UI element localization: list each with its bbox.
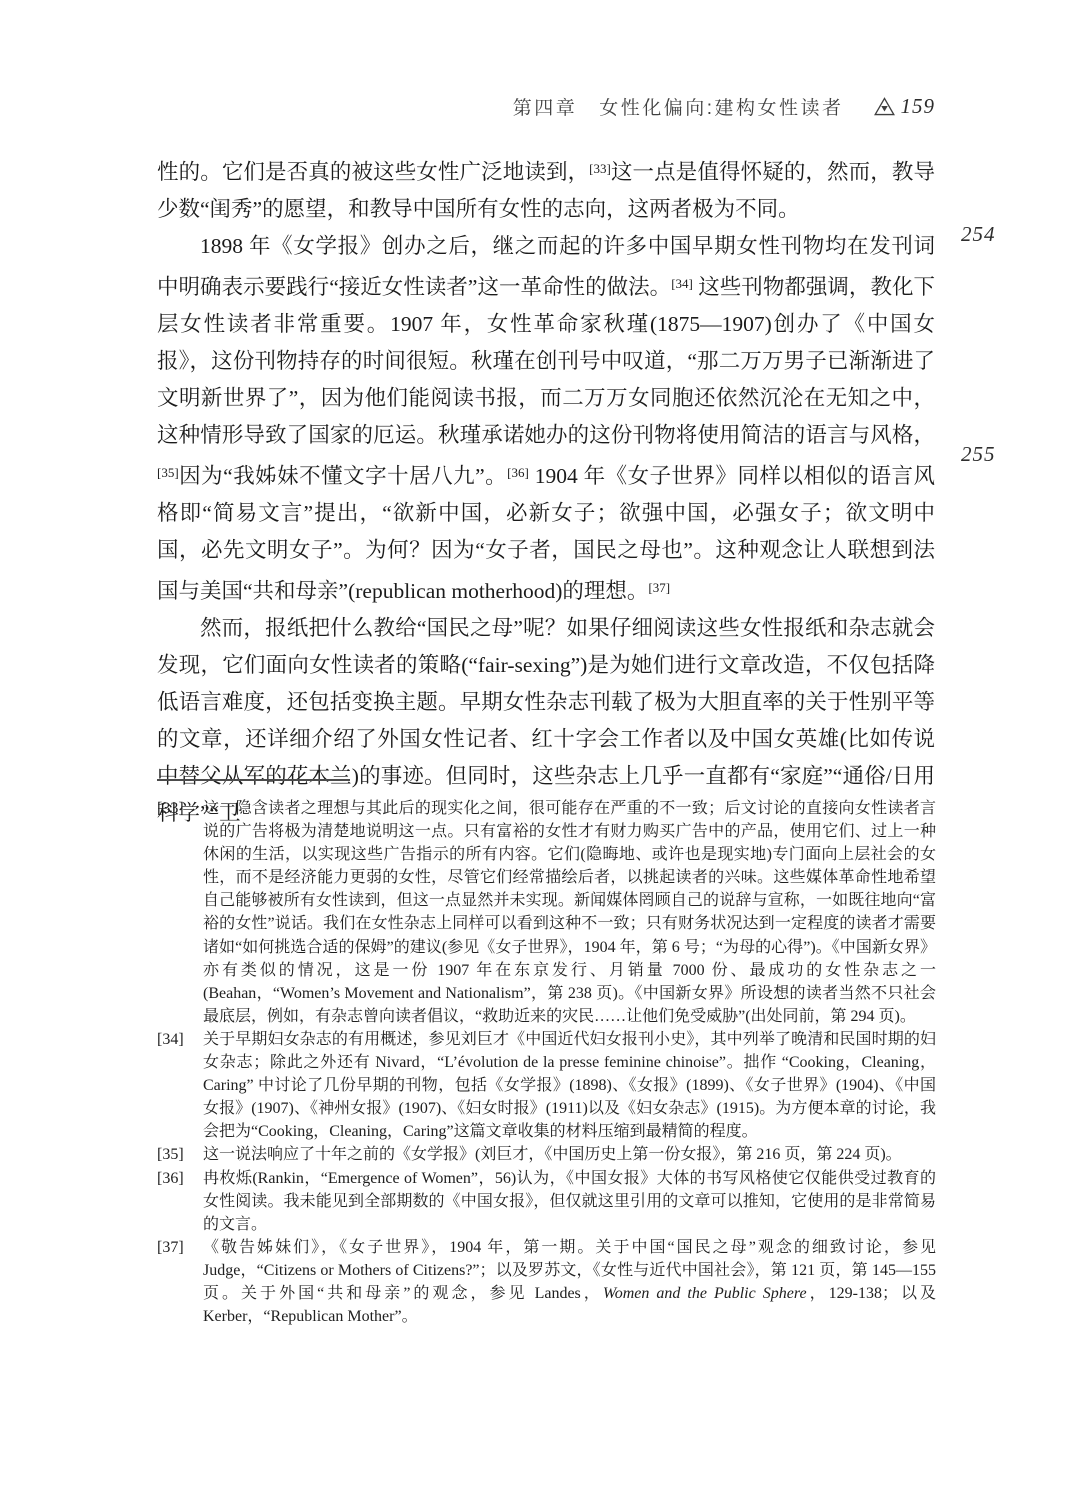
running-header-title: 女性化偏向:建构女性读者 xyxy=(599,93,843,120)
text-segment: 关于早期妇女杂志的有用概述，参见刘巨才《中国近代妇女报刊小史》，其中列举了晚清和… xyxy=(203,1031,936,1140)
footnote-text: 这一隐含读者之理想与其此后的现实化之间，很可能存在严重的不一致；后文讨论的直接向… xyxy=(203,800,936,1025)
text-segment: 这一说法响应了十年之前的《女学报》(刘巨才，《中国历史上第一份女报》，第 216… xyxy=(203,1146,902,1163)
footnote-label: [33] xyxy=(157,797,184,820)
footnote-ref: [33] xyxy=(589,161,611,176)
footnote-label: [36] xyxy=(157,1167,184,1190)
text-segment: 然而，报纸把什么教给“国民之母”呢？如果仔细阅读这些女性报纸和杂志就会发现，它们… xyxy=(157,616,935,825)
footnote-label: [37] xyxy=(157,1236,184,1259)
footnote-item: [34]关于早期妇女杂志的有用概述，参见刘巨才《中国近代妇女报刊小史》，其中列举… xyxy=(157,1028,936,1143)
footnote-separator-rule xyxy=(157,779,350,781)
footnote-item: [36]冉枚烁(Rankin，“Emergence of Women”，56)认… xyxy=(157,1167,936,1236)
footnote-item: [33]这一隐含读者之理想与其此后的现实化之间，很可能存在严重的不一致；后文讨论… xyxy=(157,797,936,1028)
footnote-item: [37]《敬告姊妹们》，《女子世界》，1904 年，第一期。关于中国“国民之母”… xyxy=(157,1236,936,1328)
text-segment: 因为“我姊妹不懂文字十居八九”。 xyxy=(179,464,508,488)
body-text: 性的。它们是否真的被这些女性广泛地读到，[33]这一点是值得怀疑的，然而，教导少… xyxy=(157,150,935,832)
footnote-text: 《敬告姊妹们》，《女子世界》，1904 年，第一期。关于中国“国民之母”观念的细… xyxy=(203,1239,936,1325)
text-segment: 性的。它们是否真的被这些女性广泛地读到， xyxy=(157,160,589,184)
running-header: 第四章 女性化偏向:建构女性读者 159 xyxy=(157,93,935,120)
footnote-text: 关于早期妇女杂志的有用概述，参见刘巨才《中国近代妇女报刊小史》，其中列举了晚清和… xyxy=(203,1031,936,1140)
footnote-text: 这一说法响应了十年之前的《女学报》(刘巨才，《中国历史上第一份女报》，第 216… xyxy=(203,1146,902,1163)
footnote-item: [35]这一说法响应了十年之前的《女学报》(刘巨才，《中国历史上第一份女报》，第… xyxy=(157,1143,936,1166)
text-segment: 冉枚烁(Rankin，“Emergence of Women”，56)认为，《中… xyxy=(203,1170,936,1233)
text-segment: 这一隐含读者之理想与其此后的现实化之间，很可能存在严重的不一致；后文讨论的直接向… xyxy=(203,800,936,1025)
footnote-ref: [36] xyxy=(507,465,529,480)
page-number: 159 xyxy=(901,94,936,119)
footnote-ref: [35] xyxy=(157,465,179,480)
triangle-ornament-icon xyxy=(874,97,895,116)
chapter-label: 第四章 xyxy=(513,93,578,120)
footnote-ref: [37] xyxy=(648,580,670,595)
footnote-text: 冉枚烁(Rankin，“Emergence of Women”，56)认为，《中… xyxy=(203,1170,936,1233)
italic-text: Women and the Public Sphere xyxy=(603,1285,807,1302)
body-paragraph: 性的。它们是否真的被这些女性广泛地读到，[33]这一点是值得怀疑的，然而，教导少… xyxy=(157,150,935,228)
footnote-ref: [34] xyxy=(671,276,693,291)
footnote-label: [34] xyxy=(157,1028,184,1051)
margin-number-254: 254 xyxy=(961,222,996,247)
body-paragraph: 1898 年《女学报》创办之后，继之而起的许多中国早期女性刊物均在发刊词中明确表… xyxy=(157,228,935,610)
text-segment: 这些刊物都强调，教化下层女性读者非常重要。1907 年，女性革命家秋瑾(1875… xyxy=(157,275,935,447)
margin-number-255: 255 xyxy=(961,442,996,467)
footnote-label: [35] xyxy=(157,1143,184,1166)
footnotes: [33]这一隐含读者之理想与其此后的现实化之间，很可能存在严重的不一致；后文讨论… xyxy=(157,797,936,1328)
book-page: 第四章 女性化偏向:建构女性读者 159 254 255 性的。它们是否真的被这… xyxy=(0,0,1080,1504)
